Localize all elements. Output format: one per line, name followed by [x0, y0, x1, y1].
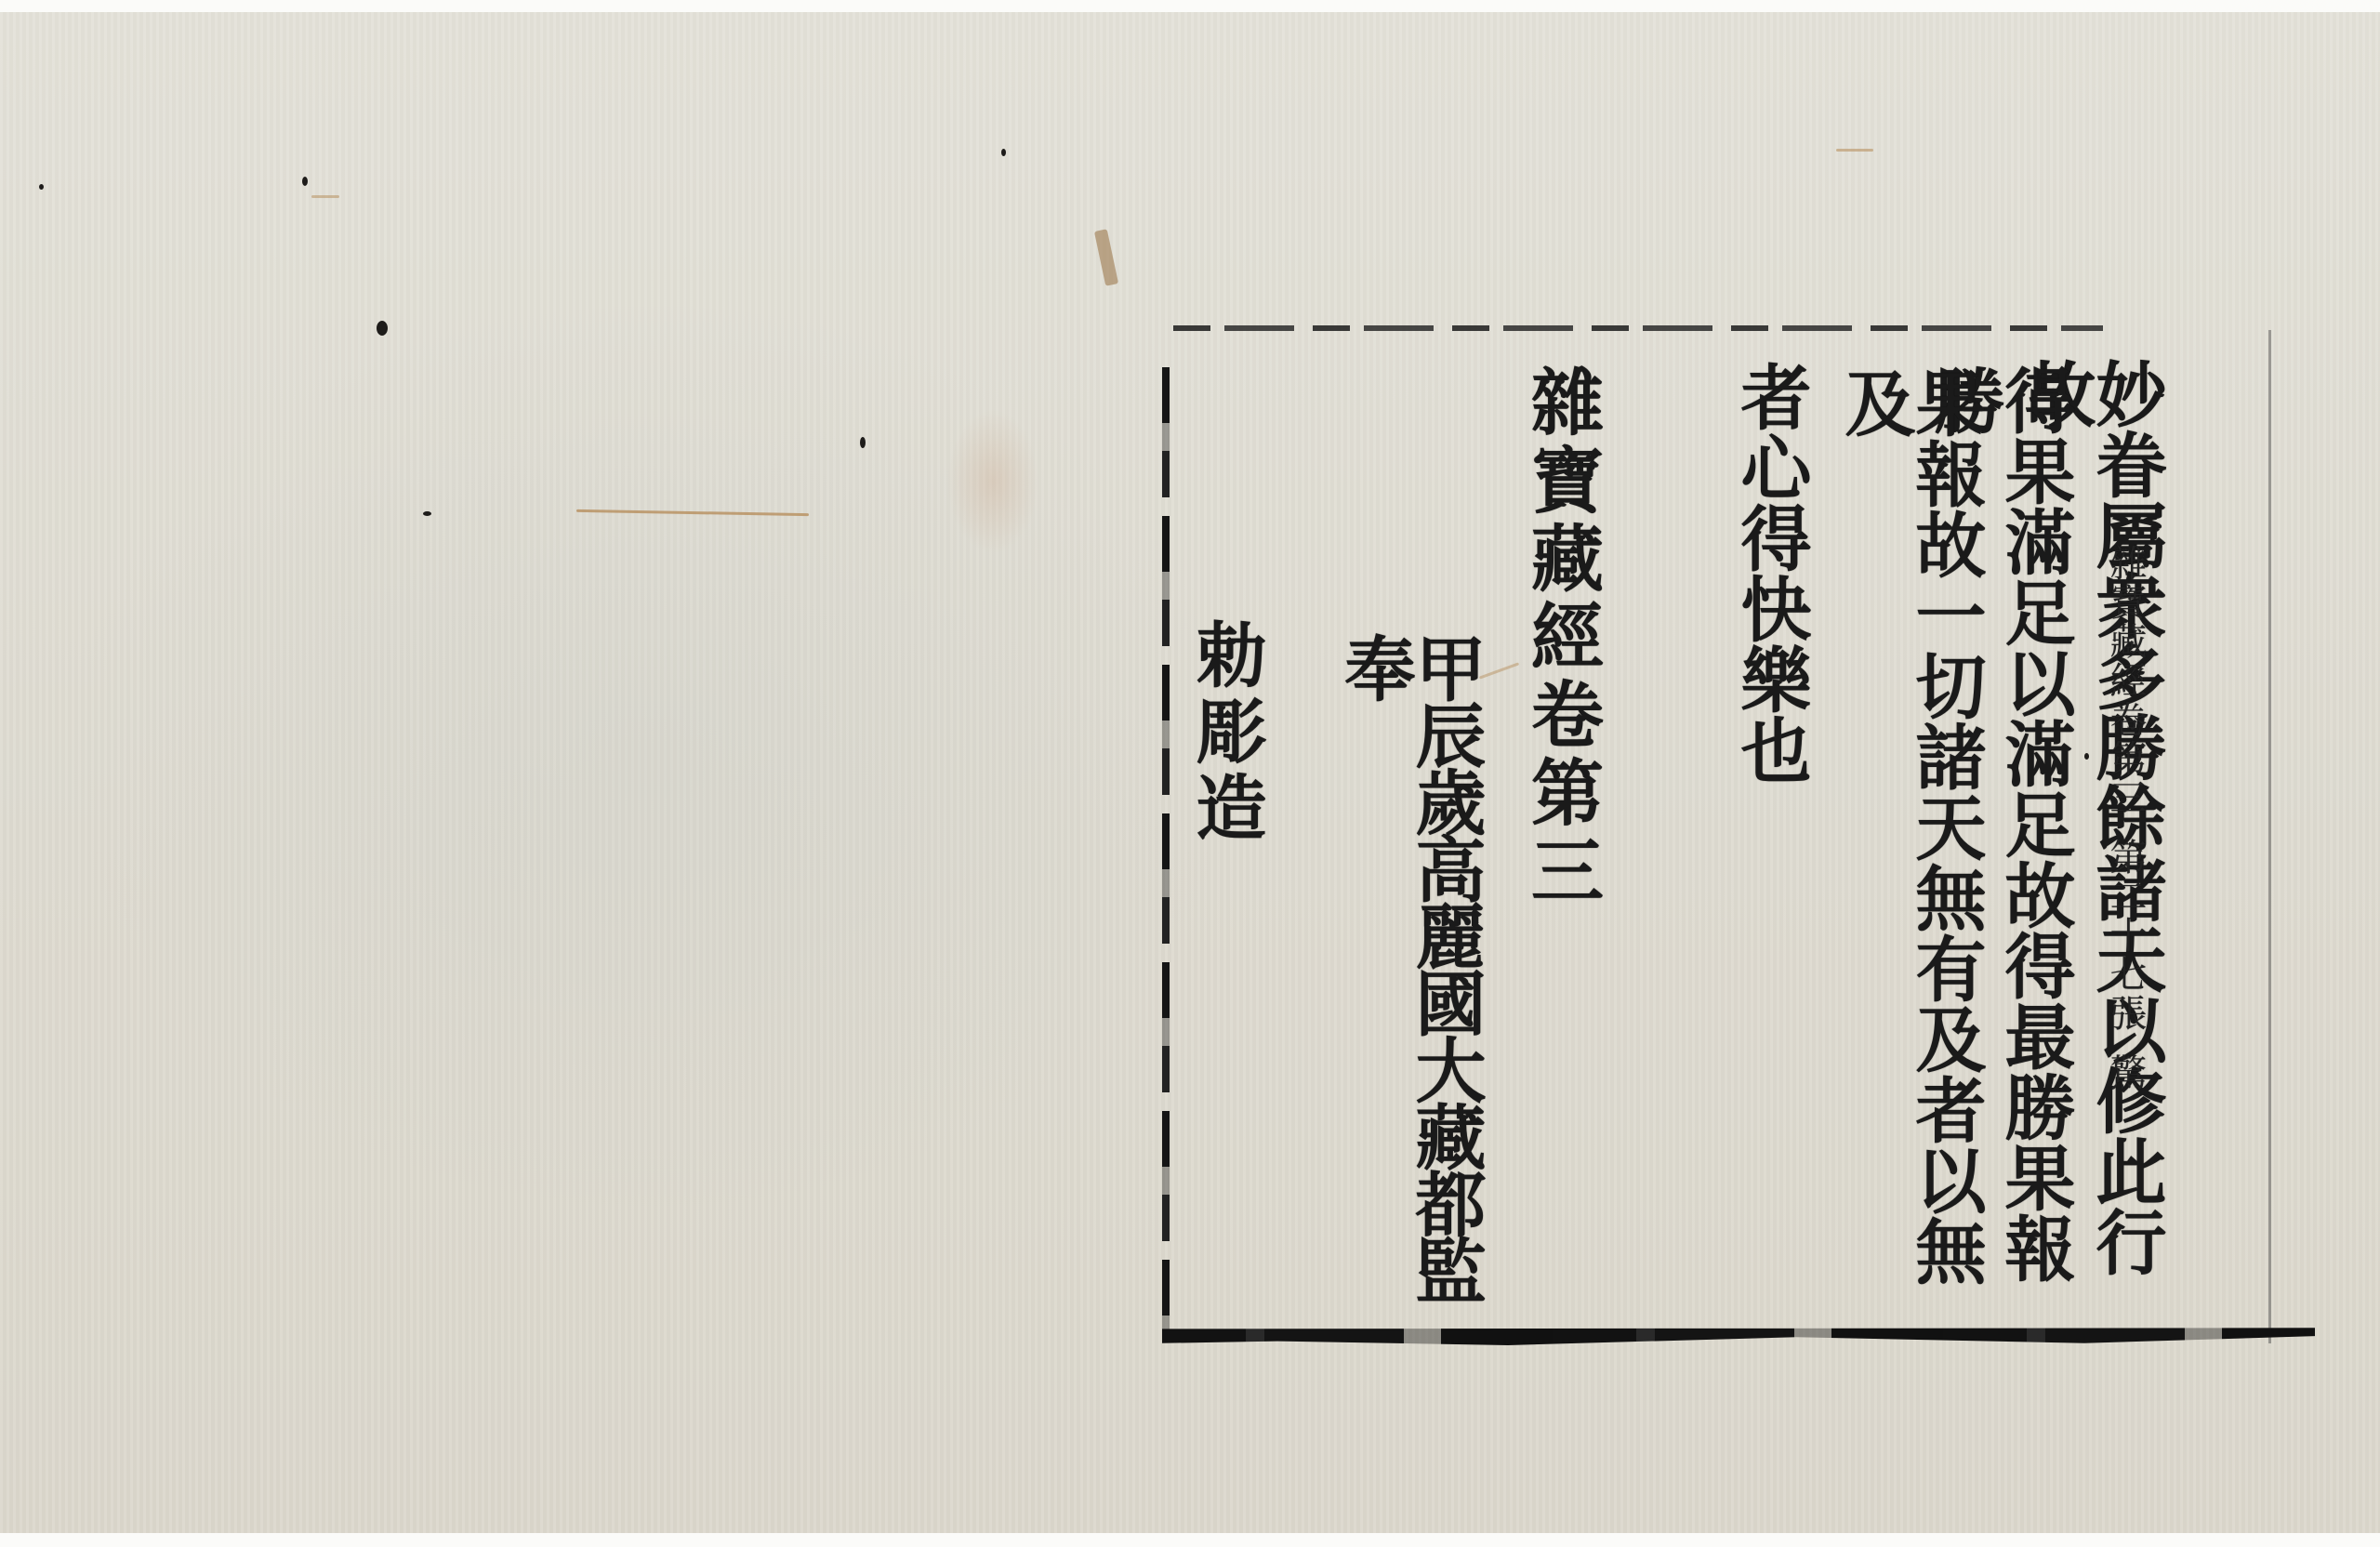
ink-fleck [423, 511, 431, 516]
fascicle-title: 雜寶藏經卷第三 [1525, 364, 1597, 922]
ink-fleck [39, 184, 44, 190]
text-column-3: 果報故一切諸天無有及者以無及 [1839, 367, 1980, 1343]
ink-fleck [377, 321, 388, 336]
frame-top-border [1173, 325, 2103, 331]
ink-fleck [302, 177, 308, 186]
paper-fiber [311, 195, 339, 198]
text-column-4: 者心得快樂也 [1735, 361, 1805, 1337]
colophon-line-2: 勅彫造 [1190, 618, 1261, 897]
frame-left-border [1162, 367, 1170, 1334]
frame-right-border [2268, 330, 2271, 1343]
ink-fleck [1001, 149, 1006, 156]
margin-sheet-number: 第二十七張 [2104, 838, 2147, 1033]
paper-fiber [1836, 149, 1873, 152]
colophon-line-1: 甲辰歲高麗國大藏都監奉 [1339, 632, 1480, 1339]
ink-fleck [860, 437, 866, 448]
margin-label: 雜寶藏經卷第三第二十七張驚 [2107, 544, 2144, 1195]
margin-mark: 驚 [2104, 1053, 2147, 1092]
margin-title: 雜寶藏經卷第三 [2104, 544, 2147, 817]
